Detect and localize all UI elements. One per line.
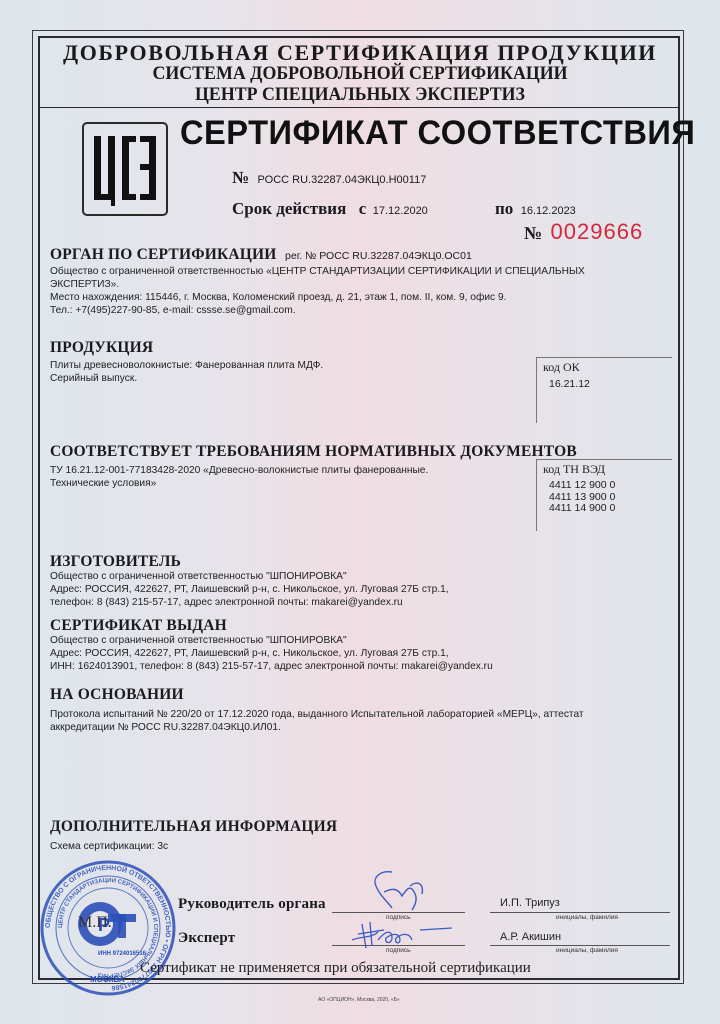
additional-line: Схема сертификации: 3с bbox=[50, 840, 168, 853]
tnved-code-label: код ТН ВЭД bbox=[543, 462, 605, 477]
mp-label: М.П. bbox=[78, 914, 112, 932]
stamp-inn: ИНН 9724016516 bbox=[98, 951, 147, 957]
manufacturer-line: Общество с ограниченной ответственностью… bbox=[50, 570, 449, 583]
cse-logo-icon bbox=[92, 132, 160, 208]
basis-title: НА ОСНОВАНИИ bbox=[50, 686, 184, 704]
issued-to-details: Общество с ограниченной ответственностью… bbox=[50, 634, 493, 673]
number-sign: № bbox=[232, 168, 249, 187]
certification-body-line: Общество с ограниченной ответственностью… bbox=[50, 265, 585, 278]
manufacturer-title: ИЗГОТОВИТЕЛЬ bbox=[50, 553, 181, 571]
expert-name: А.Р. Акишин bbox=[500, 931, 561, 944]
certification-body-line: Место нахождения: 115446, г. Москва, Кол… bbox=[50, 291, 585, 304]
basis-details: Протокола испытаний № 220/20 от 17.12.20… bbox=[50, 708, 584, 734]
tnved-code: 4411 14 900 0 bbox=[549, 503, 615, 515]
validity-label: Срок действия bbox=[232, 199, 346, 218]
conformity-line: ТУ 16.21.12-001-77183428-2020 «Древесно-… bbox=[50, 464, 428, 477]
basis-line: Протокола испытаний № 220/20 от 17.12.20… bbox=[50, 708, 584, 721]
ok-code-value: 16.21.12 bbox=[549, 379, 590, 391]
manufacturer-line: телефон: 8 (843) 215-57-17, адрес электр… bbox=[50, 596, 449, 609]
tnved-code-box: код ТН ВЭД 4411 12 900 0 4411 13 900 0 4… bbox=[536, 459, 672, 531]
product-title: ПРОДУКЦИЯ bbox=[50, 339, 153, 357]
manufacturer-line: Адрес: РОССИЯ, 422627, РТ, Лаишевский р-… bbox=[50, 583, 449, 596]
head-signature-icon bbox=[362, 866, 442, 916]
expert-signature-icon bbox=[348, 918, 458, 950]
certification-body-line: ЭКСПЕРТИЗ». bbox=[50, 278, 585, 291]
certification-body-reg: рег. № РОСС RU.32287.04ЭКЦ0.ОС01 bbox=[285, 250, 472, 262]
stamp-city: МОСКВА bbox=[90, 975, 125, 984]
conformity-details: ТУ 16.21.12-001-77183428-2020 «Древесно-… bbox=[50, 464, 428, 490]
conformity-title: СООТВЕТСТВУЕТ ТРЕБОВАНИЯМ НОРМАТИВНЫХ ДО… bbox=[50, 443, 577, 461]
certification-body-details: Общество с ограниченной ответственностью… bbox=[50, 265, 585, 317]
from-label: с bbox=[359, 199, 367, 218]
certification-body-header: ОРГАН ПО СЕРТИФИКАЦИИ рег. № РОСС RU.322… bbox=[50, 246, 472, 264]
to-date: 16.12.2023 bbox=[521, 205, 576, 217]
header-divider bbox=[38, 107, 680, 108]
footer-note: Сертификат не применяется при обязательн… bbox=[140, 960, 531, 977]
ok-code-box: код ОК 16.21.12 bbox=[536, 357, 672, 423]
header-line-2: СИСТЕМА ДОБРОВОЛЬНОЙ СЕРТИФИКАЦИИ bbox=[22, 63, 699, 85]
tnved-code-list: 4411 12 900 0 4411 13 900 0 4411 14 900 … bbox=[549, 480, 615, 515]
certificate-number-row: № РОСС RU.32287.04ЭКЦ0.Н00117 bbox=[232, 168, 426, 188]
issued-to-line: Адрес: РОССИЯ, 422627, РТ, Лаишевский р-… bbox=[50, 647, 493, 660]
additional-title: ДОПОЛНИТЕЛЬНАЯ ИНФОРМАЦИЯ bbox=[50, 818, 337, 836]
printer-info: АО «ОПЦИОН», Москва, 2020, «Б» bbox=[318, 997, 400, 1003]
to-label: по bbox=[495, 199, 513, 218]
conformity-line: Технические условия» bbox=[50, 477, 428, 490]
expert-name-caption: инициалы, фамилия bbox=[556, 947, 618, 954]
certification-body-title: ОРГАН ПО СЕРТИФИКАЦИИ bbox=[50, 246, 277, 263]
product-line: Серийный выпуск. bbox=[50, 372, 323, 385]
certification-body-line: Тел.: +7(495)227-90-85, e-mail: cssse.se… bbox=[50, 304, 585, 317]
head-name: И.П. Трипуз bbox=[500, 897, 560, 910]
tnved-code: 4411 12 900 0 bbox=[549, 480, 615, 492]
certificate-title: СЕРТИФИКАТ СООТВЕТСТВИЯ bbox=[180, 114, 695, 153]
serial-sign: № bbox=[524, 223, 542, 243]
basis-line: аккредитации № РОСС RU.32287.04ЭКЦ0.ИЛ01… bbox=[50, 721, 584, 734]
issued-to-line: ИНН: 1624013901, телефон: 8 (843) 215-57… bbox=[50, 660, 493, 673]
issued-to-title: СЕРТИФИКАТ ВЫДАН bbox=[50, 617, 227, 635]
head-name-caption: инициалы, фамилия bbox=[556, 914, 618, 921]
head-label: Руководитель органа bbox=[178, 896, 326, 913]
serial-row: № 0029666 bbox=[524, 219, 643, 245]
issued-to-line: Общество с ограниченной ответственностью… bbox=[50, 634, 493, 647]
expert-name-line bbox=[490, 945, 670, 946]
cse-logo bbox=[82, 122, 168, 216]
product-line: Плиты древесноволокнистые: Фанерованная … bbox=[50, 359, 323, 372]
certificate-number: РОСС RU.32287.04ЭКЦ0.Н00117 bbox=[258, 174, 427, 186]
validity-row: Срок действия с 17.12.2020 bbox=[232, 199, 428, 219]
expert-label: Эксперт bbox=[178, 930, 235, 947]
header-line-3: ЦЕНТР СПЕЦИАЛЬНЫХ ЭКСПЕРТИЗ bbox=[22, 84, 699, 106]
product-details: Плиты древесноволокнистые: Фанерованная … bbox=[50, 359, 323, 385]
serial-number: 0029666 bbox=[551, 219, 644, 244]
head-name-line bbox=[490, 912, 670, 913]
to-row: по 16.12.2023 bbox=[495, 199, 576, 219]
ok-code-label: код ОК bbox=[543, 360, 580, 375]
manufacturer-details: Общество с ограниченной ответственностью… bbox=[50, 570, 449, 609]
from-date: 17.12.2020 bbox=[373, 205, 428, 217]
